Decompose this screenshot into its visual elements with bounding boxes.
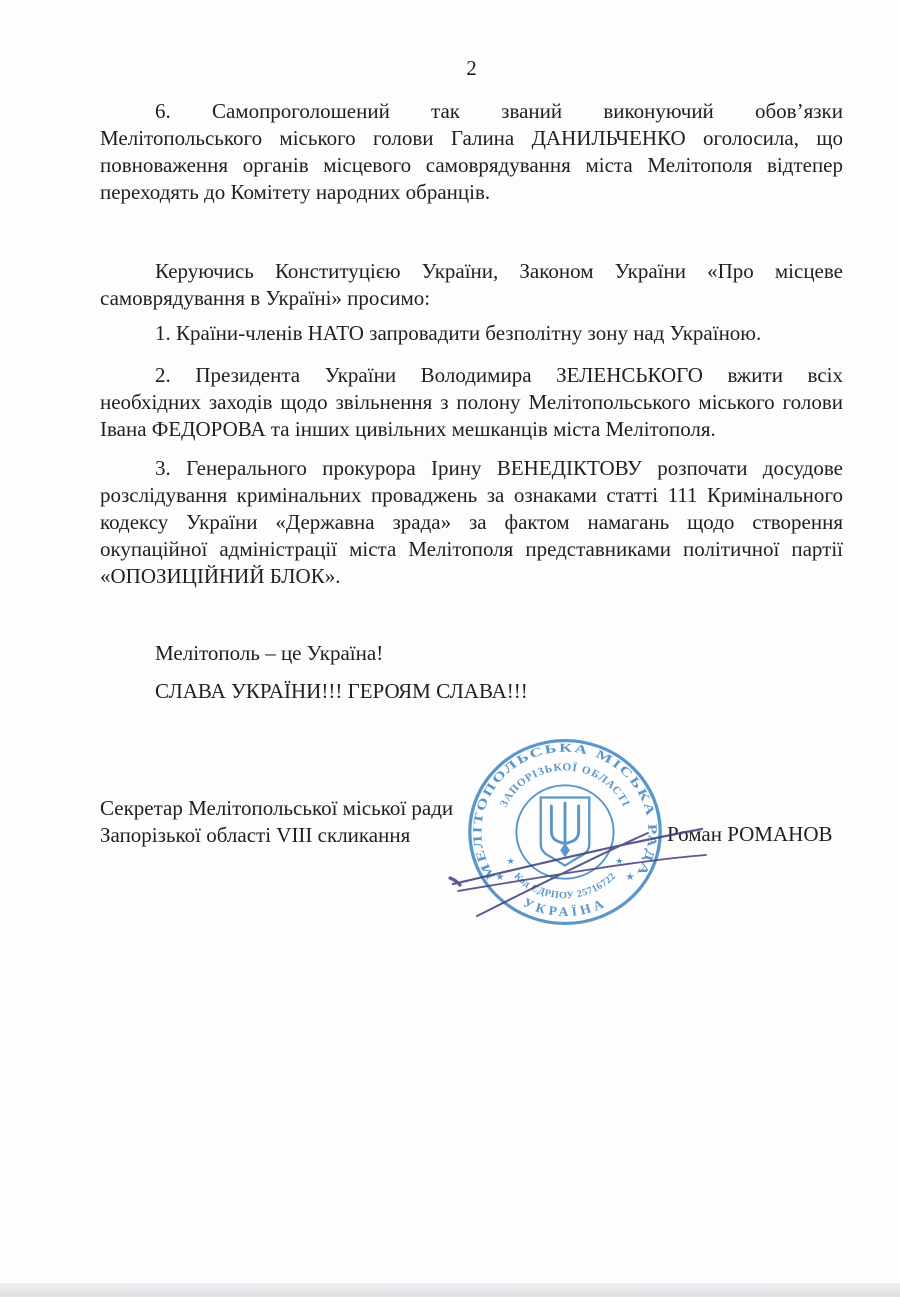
trident-point bbox=[560, 843, 570, 857]
slogan-line-1: Мелітополь – це Україна! bbox=[100, 640, 843, 667]
paragraph-line: повноваження органів місцевого самовряду… bbox=[100, 152, 843, 179]
paragraph-line: 3. Генерального прокурора Ірину ВЕНЕДІКТ… bbox=[100, 455, 843, 482]
intro-paragraph: Керуючись Конституцією України, Законом … bbox=[100, 258, 843, 312]
stamp-star-inner-left: ★ bbox=[507, 857, 515, 866]
paragraph-line: самоврядування в Україні» просимо: bbox=[100, 285, 843, 312]
paragraph-line: 1. Країни-членів НАТО запровадити безпол… bbox=[100, 320, 843, 347]
paragraph-line: «ОПОЗИЦІЙНИЙ БЛОК». bbox=[100, 563, 843, 590]
slogan-line-2: СЛАВА УКРАЇНИ!!! ГЕРОЯМ СЛАВА!!! bbox=[100, 678, 843, 705]
stamp-star-left: ★ bbox=[496, 872, 505, 882]
signature-name: Роман РОМАНОВ bbox=[667, 822, 833, 847]
paragraph-line: переходять до Комітету народних обранців… bbox=[100, 179, 843, 206]
paragraph-line: СЛАВА УКРАЇНИ!!! ГЕРОЯМ СЛАВА!!! bbox=[100, 678, 843, 705]
petition-item-3: 3. Генерального прокурора Ірину ВЕНЕДІКТ… bbox=[100, 455, 843, 590]
petition-item-2: 2. Президента України Володимира ЗЕЛЕНСЬ… bbox=[100, 362, 843, 443]
paragraph-line: необхідних заходів щодо звільнення з пол… bbox=[100, 389, 843, 416]
page-number: 2 bbox=[100, 56, 843, 81]
screenshot-bottom-edge-bar bbox=[0, 1283, 900, 1297]
signature-role: Секретар Мелітопольської міської ради За… bbox=[100, 795, 453, 849]
official-stamp: МЕЛІТОПОЛЬСЬКА МІСЬКА РАДА УКРАЇНА ЗАПОР… bbox=[463, 734, 667, 930]
signature-role-line: Секретар Мелітопольської міської ради bbox=[100, 795, 453, 822]
signature-stroke bbox=[450, 878, 460, 885]
petition-item-1: 1. Країни-членів НАТО запровадити безпол… bbox=[100, 320, 843, 347]
paragraph-line: 6. Самопроголошений так званий виконуючи… bbox=[100, 98, 843, 125]
paragraph-line: розслідування кримінальних проваджень за… bbox=[100, 482, 843, 509]
paragraph-line: Керуючись Конституцією України, Законом … bbox=[100, 258, 843, 285]
paragraph-6: 6. Самопроголошений так званий виконуючи… bbox=[100, 98, 843, 206]
signature-role-line: Запорізької області VIII скликання bbox=[100, 822, 453, 849]
paragraph-line: окупаційної адміністрації міста Мелітопо… bbox=[100, 536, 843, 563]
trident-emblem bbox=[551, 803, 578, 845]
paragraph-line: 2. Президента України Володимира ЗЕЛЕНСЬ… bbox=[100, 362, 843, 389]
paragraph-line: кодексу України «Державна зрада» за факт… bbox=[100, 509, 843, 536]
document-page: 2 6. Самопроголошений так званий виконую… bbox=[0, 0, 900, 1297]
paragraph-line: Івана ФЕДОРОВА та інших цивільних мешкан… bbox=[100, 416, 843, 443]
paragraph-line: Мелітополь – це Україна! bbox=[100, 640, 843, 667]
paragraph-line: Мелітопольського міського голови Галина … bbox=[100, 125, 843, 152]
stamp-star-right: ★ bbox=[626, 872, 635, 882]
stamp-star-inner-right: ★ bbox=[616, 857, 624, 866]
